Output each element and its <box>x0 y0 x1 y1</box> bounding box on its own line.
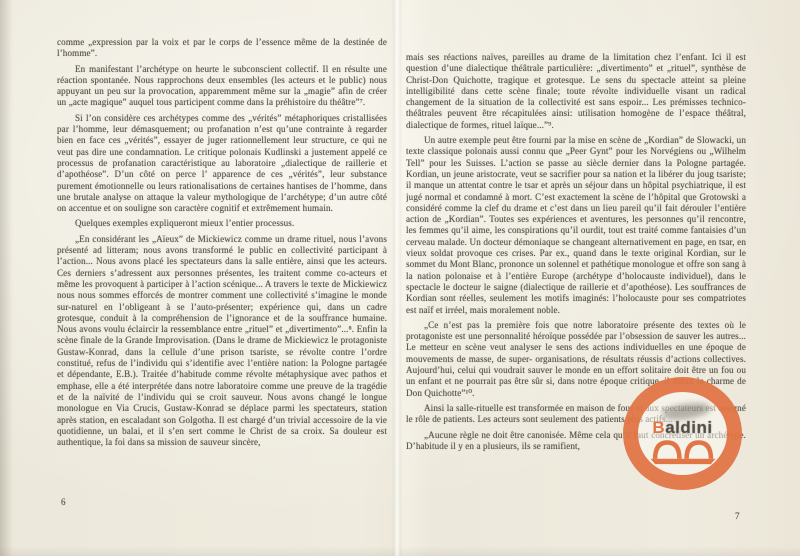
stamp-initial: B <box>652 418 665 437</box>
paragraph: En manifestant l’archétype on heurte le … <box>57 64 387 109</box>
paragraph: Un autre exemple peut être fourni par la… <box>406 135 746 316</box>
paragraph: „En considérant les „Aïeux” de Mickiewic… <box>57 234 387 449</box>
book-spread: comme „expression par la voix et par le … <box>0 0 800 556</box>
stamp-name: Baldini <box>652 419 712 436</box>
paragraph: Quelques exemples expliqueront mieux l’e… <box>57 218 387 229</box>
stamp-name-rest: aldini <box>665 418 712 437</box>
paragraph: comme „expression par la voix et par le … <box>57 37 387 60</box>
paragraph: Si l’on considère ces archétypes comme d… <box>57 113 387 215</box>
open-book-icon <box>647 438 719 465</box>
paragraph: mais ses réactions naïves, pareilles au … <box>406 52 746 131</box>
page-edge-shadow <box>0 0 12 556</box>
page-number-right: 7 <box>735 511 740 521</box>
page-number-left: 6 <box>61 497 66 507</box>
book-spine-crease <box>393 0 401 556</box>
left-page-text: comme „expression par la voix et par le … <box>57 37 387 502</box>
library-stamp: Baldini <box>623 377 742 490</box>
